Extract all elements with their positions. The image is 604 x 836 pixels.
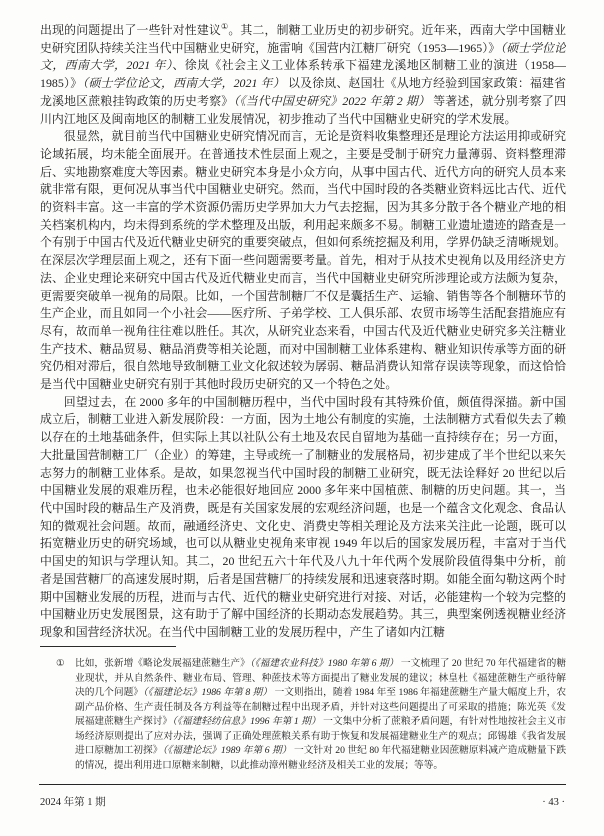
text-segment: （《当代中国史研究》2022 年第 2 期） bbox=[233, 94, 430, 108]
text-segment: （《福建论坛》1989 年第 6 期） bbox=[162, 745, 291, 756]
page-footer: 2024 年第 1 期 · 43 · bbox=[40, 794, 565, 809]
footnote-marker: ① bbox=[56, 657, 65, 672]
text-segment: 出现的问题提出了一些针对性建议 bbox=[40, 23, 221, 37]
text-segment: （《福建轻纺信息》1996 年第 1 期） bbox=[172, 716, 321, 727]
main-text-block: 出现的问题提出了一些针对性建议①。其二，制糖工业历史的初步研究。近年来，西南大学… bbox=[40, 22, 566, 642]
footnote-separator bbox=[40, 646, 176, 647]
text-segment: （《福建论坛》1986 年第 8 期） bbox=[143, 687, 272, 698]
text-segment: 比如，张新增《略论发展福建蔗糖生产》 bbox=[75, 658, 250, 669]
body-paragraph: 出现的问题提出了一些针对性建议①。其二，制糖工业历史的初步研究。近年来，西南大学… bbox=[40, 22, 566, 128]
text-segment: 很显然，就目前当代中国糖业史研究情况而言，无论是资料收集整理还是理论方法运用抑或… bbox=[40, 129, 566, 391]
text-segment: （硕士学位论文，西南大学，2021 年） bbox=[82, 76, 285, 90]
body-paragraph: 很显然，就目前当代中国糖业史研究情况而言，无论是资料收集整理还是理论方法运用抑或… bbox=[40, 128, 566, 394]
footnote-item: ①比如，张新增《略论发展福建蔗糖生产》（《福建农业科技》1980 年第 6 期）… bbox=[40, 657, 566, 773]
journal-issue-label: 2024 年第 1 期 bbox=[40, 794, 106, 809]
footnotes-block: ①比如，张新增《略论发展福建蔗糖生产》（《福建农业科技》1980 年第 6 期）… bbox=[40, 657, 566, 773]
footer-rule bbox=[39, 784, 566, 785]
body-paragraph: 回望过去，在 2000 多年的中国制糖历程中，当代中国时段有其特殊价值，颇值得深… bbox=[40, 394, 566, 642]
text-segment: 回望过去，在 2000 多年的中国制糖历程中，当代中国时段有其特殊价值，颇值得深… bbox=[40, 395, 566, 639]
text-segment: （《福建农业科技》1980 年第 6 期） bbox=[250, 658, 399, 669]
page-number-label: · 43 · bbox=[542, 797, 565, 808]
journal-page: 出现的问题提出了一些针对性建议①。其二，制糖工业历史的初步研究。近年来，西南大学… bbox=[0, 0, 604, 836]
